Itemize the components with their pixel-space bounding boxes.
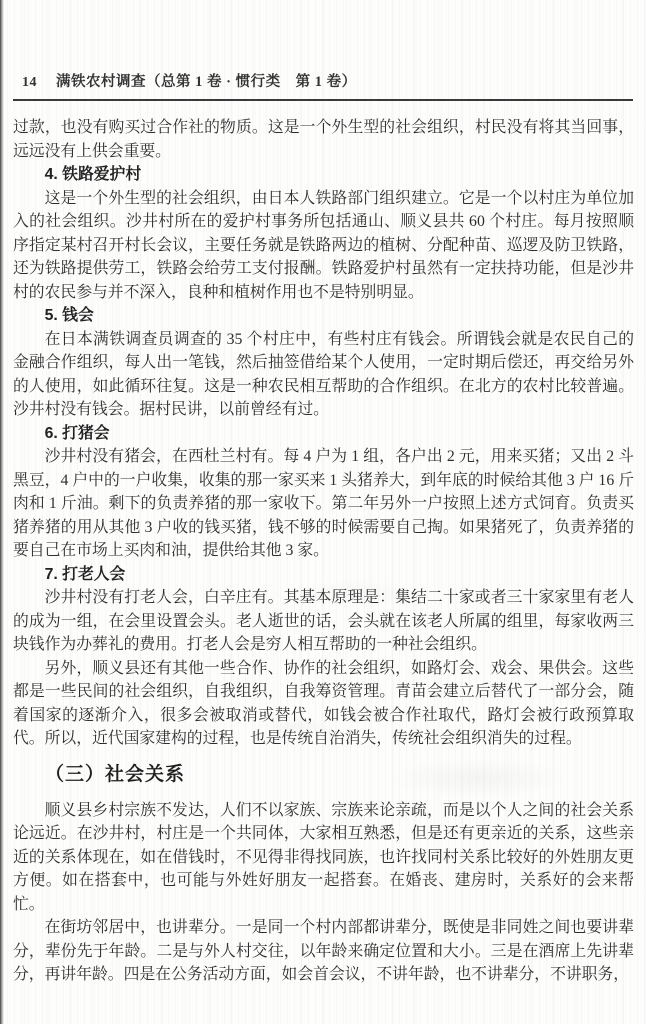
heading: 6. 打猪会: [13, 422, 634, 446]
page-number: 14: [13, 75, 37, 91]
heading: 7. 打老人会: [13, 563, 634, 587]
scanned-page: 14 满铁农村调查（总第 1 卷 · 惯行类 第 1 卷） 过款，也没有购买过合…: [0, 0, 646, 1024]
paragraph: 沙井村没有猪会，在西杜兰村有。每 4 户为 1 组，各户出 2 元，用来买猪；又…: [13, 445, 634, 563]
running-title: 满铁农村调查（总第 1 卷 · 惯行类 第 1 卷）: [56, 70, 357, 91]
heading: 4. 铁路爱护村: [13, 163, 634, 187]
page-edge-shadow: [0, 0, 4, 1024]
section-heading: （三）社会关系: [13, 762, 634, 788]
paragraph: 在街坊邻居中，也讲辈分。一是同一个村内部都讲辈分，既使是非同姓之间也要讲辈分，辈…: [13, 916, 634, 987]
running-header: 14 满铁农村调查（总第 1 卷 · 惯行类 第 1 卷）: [13, 70, 633, 101]
paragraph: 沙井村没有打老人会，白辛庄有。其基本原理是：集结二十家或者三十家家里有老人的成为…: [13, 586, 634, 657]
paragraph: 这是一个外生型的社会组织，由日本人铁路部门组织建立。它是一个以村庄为单位加入的社…: [13, 187, 634, 305]
paragraph: 顺义县乡村宗族不发达，人们不以家族、宗族来论亲疏，而是以个人之间的社会关系论远近…: [13, 799, 634, 917]
paragraph: 另外，顺义县还有其他一些合作、协作的社会组织，如路灯会、戏会、果供会。这些都是一…: [13, 657, 634, 751]
paragraph: 在日本满铁调查员调查的 35 个村庄中，有些村庄有钱会。所谓钱会就是农民自己的金…: [13, 328, 634, 422]
heading: 5. 钱会: [13, 304, 634, 328]
paragraph: 过款，也没有购买过合作社的物质。这是一个外生型的社会组织，村民没有将其当回事，远…: [13, 116, 634, 163]
page-body: 过款，也没有购买过合作社的物质。这是一个外生型的社会组织，村民没有将其当回事，远…: [13, 116, 634, 987]
